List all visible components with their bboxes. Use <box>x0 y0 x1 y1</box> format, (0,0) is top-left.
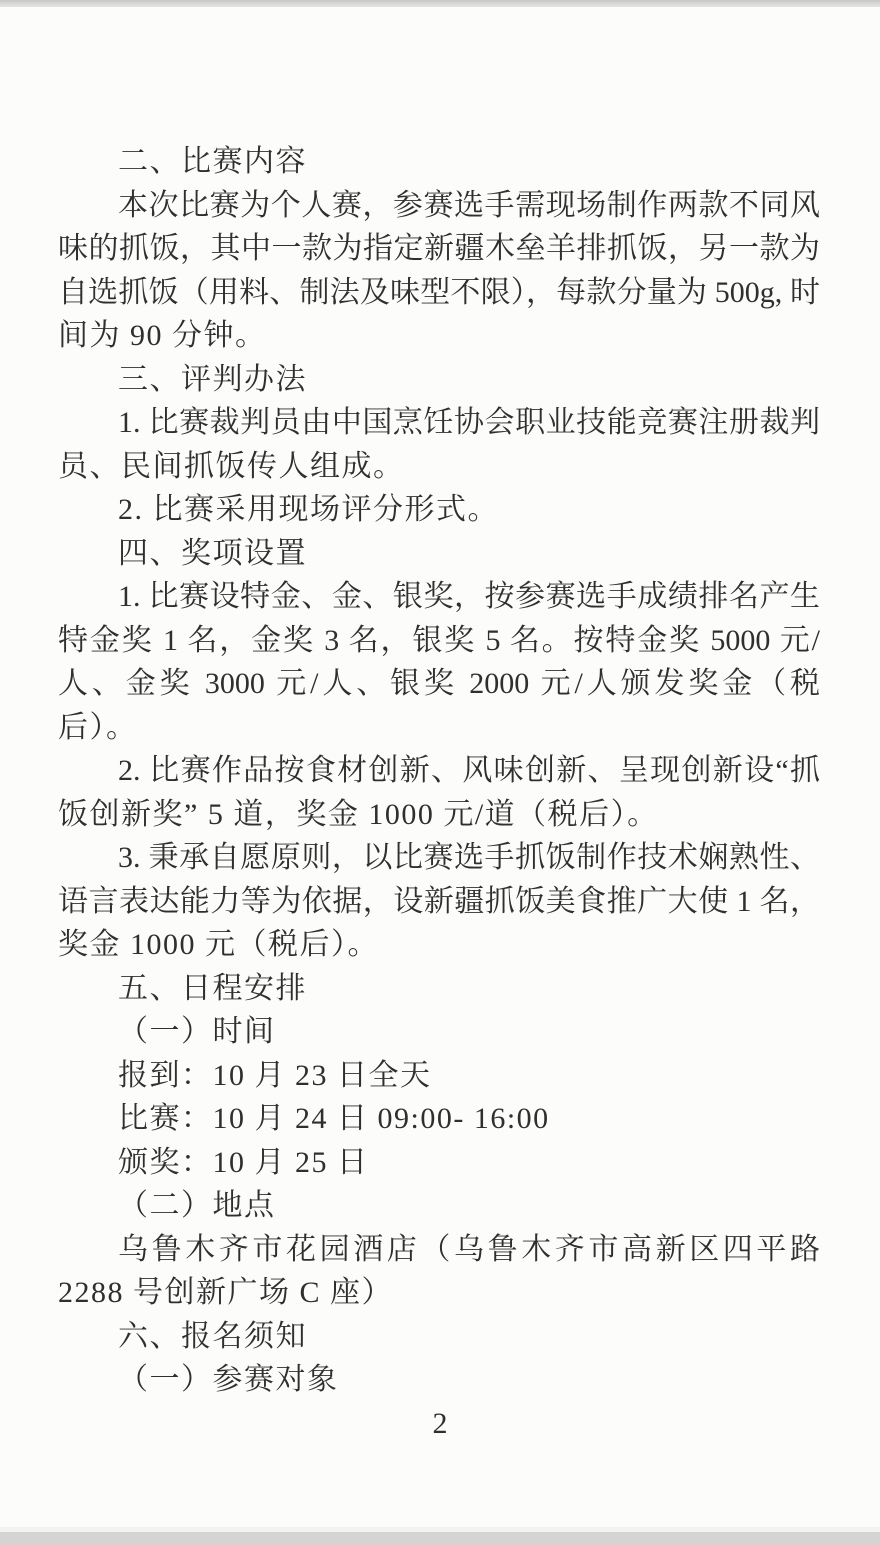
doc-line: （一）时间 <box>58 1010 820 1054</box>
doc-line-heading-4: 四、奖项设置 <box>58 532 820 576</box>
doc-line: 奖金 1000 元（税后）。 <box>58 923 820 967</box>
page-number: 2 <box>0 1402 880 1446</box>
doc-line: 3. 秉承自愿原则，以比赛选手抓饭制作技术娴熟性、 <box>58 836 820 880</box>
doc-line: 乌鲁木齐市花园酒店（乌鲁木齐市高新区四平路 <box>58 1228 820 1272</box>
doc-line: 2. 比赛采用现场评分形式。 <box>58 488 820 532</box>
doc-line: 1. 比赛裁判员由中国烹饪协会职业技能竞赛注册裁判 <box>58 401 820 445</box>
doc-line: 本次比赛为个人赛，参赛选手需现场制作两款不同风 <box>58 184 820 228</box>
doc-line-heading-6: 六、报名须知 <box>58 1315 820 1359</box>
doc-line: 后）。 <box>58 706 820 750</box>
doc-line: 间为 90 分钟。 <box>58 314 820 358</box>
doc-line: 2. 比赛作品按食材创新、风味创新、呈现创新设“抓 <box>58 749 820 793</box>
doc-line: 比赛：10 月 24 日 09:00- 16:00 <box>58 1097 820 1141</box>
doc-line-heading-5: 五、日程安排 <box>58 967 820 1011</box>
doc-line: 员、民间抓饭传人组成。 <box>58 445 820 489</box>
doc-line: （一）参赛对象 <box>58 1358 820 1402</box>
doc-line: （二）地点 <box>58 1184 820 1228</box>
doc-line: 2288 号创新广场 C 座） <box>58 1271 820 1315</box>
document-body: 二、比赛内容 本次比赛为个人赛，参赛选手需现场制作两款不同风 味的抓饭，其中一款… <box>58 140 820 1402</box>
doc-line: 语言表达能力等为依据，设新疆抓饭美食推广大使 1 名， <box>58 880 820 924</box>
doc-line: 自选抓饭（用料、制法及味型不限），每款分量为 500g, 时 <box>58 271 820 315</box>
doc-line-heading-3: 三、评判办法 <box>58 358 820 402</box>
document-page: 二、比赛内容 本次比赛为个人赛，参赛选手需现场制作两款不同风 味的抓饭，其中一款… <box>0 0 880 1545</box>
top-edge-bar <box>0 0 880 7</box>
doc-line: 味的抓饭，其中一款为指定新疆木垒羊排抓饭，另一款为 <box>58 227 820 271</box>
doc-line: 人、金奖 3000 元/人、银奖 2000 元/人颁发奖金（税 <box>58 662 820 706</box>
doc-line: 1. 比赛设特金、金、银奖，按参赛选手成绩排名产生 <box>58 575 820 619</box>
doc-line: 颁奖：10 月 25 日 <box>58 1141 820 1185</box>
doc-line: 特金奖 1 名，金奖 3 名，银奖 5 名。按特金奖 5000 元/ <box>58 619 820 663</box>
bottom-edge-bar <box>0 1527 880 1545</box>
doc-line: 饭创新奖” 5 道，奖金 1000 元/道（税后）。 <box>58 793 820 837</box>
doc-line-heading-2: 二、比赛内容 <box>58 140 820 184</box>
doc-line: 报到：10 月 23 日全天 <box>58 1054 820 1098</box>
